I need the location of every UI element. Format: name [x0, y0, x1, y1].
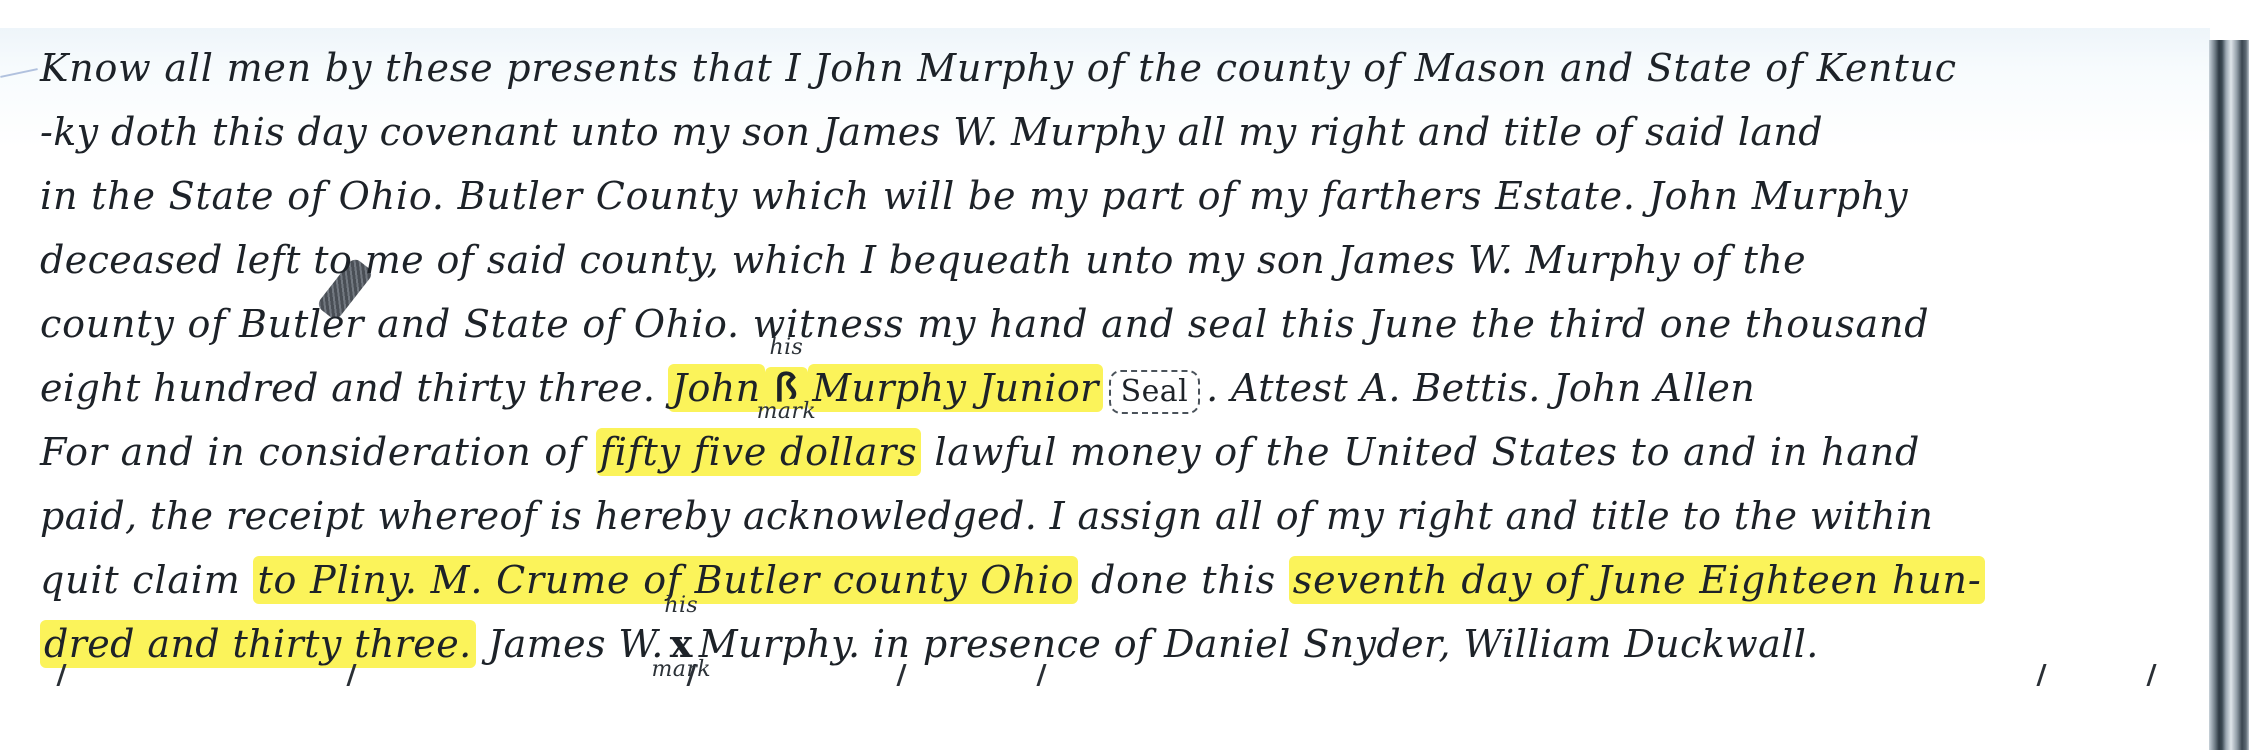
mark-label-his: his: [770, 337, 804, 359]
highlighted-text: fifty five dollars: [596, 428, 922, 476]
text-segment: For and in consideration of: [40, 430, 596, 474]
text-segment: Know all men by these presents that I Jo…: [40, 46, 1957, 90]
highlighted-text: Murphy Junior: [808, 364, 1102, 412]
scanned-document: Know all men by these presents that I Jo…: [0, 0, 2249, 750]
text-segment: eight hundred and thirty three.: [40, 366, 668, 410]
deed-line: deceased left to me of said county, whic…: [40, 228, 2180, 292]
highlighted-text: seventh day of June Eighteen hun-: [1289, 556, 1986, 604]
deed-text-body: Know all men by these presents that I Jo…: [40, 36, 2180, 676]
text-segment: -ky doth this day covenant unto my son J…: [40, 110, 1823, 154]
cut-off-next-line: [40, 660, 2240, 686]
text-segment: . Attest A. Bettis. John Allen: [1206, 366, 1755, 410]
text-segment: lawful money of the United States to and…: [921, 430, 1920, 474]
text-segment: in the State of Ohio. Butler County whic…: [40, 174, 1908, 218]
deed-line: paid, the receipt whereof is hereby ackn…: [40, 484, 2180, 548]
text-segment: quit claim: [40, 558, 253, 602]
mark-label-his: his: [664, 595, 698, 617]
deed-line: county of Butler and State of Ohio. witn…: [40, 292, 2180, 356]
deed-line: Know all men by these presents that I Jo…: [40, 36, 2180, 100]
text-segment: paid, the receipt whereof is hereby ackn…: [40, 494, 1933, 538]
his-mark-signature: hisxmark: [664, 625, 699, 663]
deed-line: in the State of Ohio. Butler County whic…: [40, 164, 2180, 228]
text-segment: county of Butler and State of Ohio. witn…: [40, 302, 1929, 346]
deed-line: For and in consideration of fifty five d…: [40, 420, 2180, 484]
text-segment: done this: [1078, 558, 1289, 602]
deed-line: eight hundred and thirty three. Johnhisꟗ…: [40, 356, 2180, 420]
highlighted-text: John: [668, 364, 765, 412]
deed-line: quit claim to Pliny. M. Crume of Butler …: [40, 548, 2180, 612]
text-segment: deceased left to me of said county, whic…: [40, 238, 1806, 282]
deed-line: -ky doth this day covenant unto my son J…: [40, 100, 2180, 164]
his-mark-signature: hisꟗmark: [765, 367, 809, 409]
page-binding-edge: [2209, 40, 2249, 750]
seal-stamp: Seal: [1109, 370, 1200, 414]
